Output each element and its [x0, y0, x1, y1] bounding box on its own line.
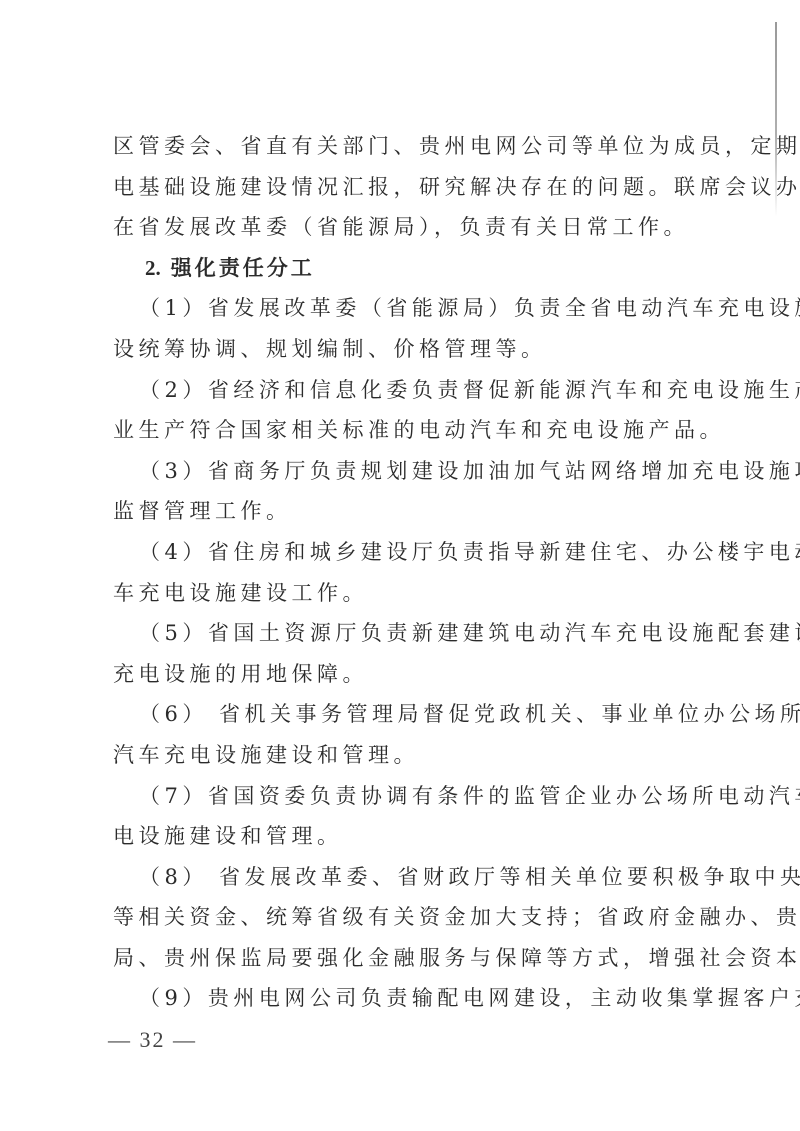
list-item-line: 局、贵州保监局要强化金融服务与保障等方式，增强社会资本信心。	[113, 938, 673, 979]
list-item-line: 等相关资金、统筹省级有关资金加大支持；省政府金融办、贵州银监	[113, 897, 673, 938]
item-label: （4）	[139, 540, 208, 564]
list-item-first-line: （1）省发展改革委（省能源局）负责全省电动汽车充电设施建	[113, 288, 673, 329]
list-item-first-line: （5）省国土资源厅负责新建建筑电动汽车充电设施配套建设和	[113, 613, 673, 654]
list-item-first-line: （9）贵州电网公司负责输配电网建设，主动收集掌握客户充电	[113, 978, 673, 1019]
item-label: （6）	[139, 702, 208, 726]
item-text: 省国资委负责协调有条件的监管企业办公场所电动汽车充	[208, 784, 800, 808]
list-item-line: 设统筹协调、规划编制、价格管理等。	[113, 329, 673, 370]
text-line: 在省发展改革委（省能源局），负责有关日常工作。	[113, 207, 673, 248]
item-text: 省商务厅负责规划建设加油加气站网络增加充电设施项目	[208, 459, 800, 483]
item-label: （9）	[139, 986, 208, 1010]
item-text: 省发展改革委（省能源局）负责全省电动汽车充电设施建	[208, 296, 800, 320]
list-item-first-line: （8） 省发展改革委、省财政厅等相关单位要积极争取中央基建	[113, 857, 673, 898]
item-text: 省经济和信息化委负责督促新能源汽车和充电设施生产企	[208, 378, 800, 402]
item-text: 省住房和城乡建设厅负责指导新建住宅、办公楼宇电动汽	[208, 540, 800, 564]
section-heading: 2.强化责任分工	[113, 248, 673, 289]
list-item-line: 汽车充电设施建设和管理。	[113, 735, 673, 776]
item-text: 省机关事务管理局督促党政机关、事业单位办公场所电动	[208, 702, 800, 726]
section-title: 强化责任分工	[171, 255, 315, 280]
item-label: （3）	[139, 459, 208, 483]
list-item-line: 充电设施的用地保障。	[113, 654, 673, 695]
list-item-line: 业生产符合国家相关标准的电动汽车和充电设施产品。	[113, 410, 673, 451]
page-number: — 32 —	[108, 1027, 197, 1053]
list-item-first-line: （4）省住房和城乡建设厅负责指导新建住宅、办公楼宇电动汽	[113, 532, 673, 573]
list-item-first-line: （6） 省机关事务管理局督促党政机关、事业单位办公场所电动	[113, 694, 673, 735]
list-item-line: 电设施建设和管理。	[113, 816, 673, 857]
item-label: （8）	[139, 865, 208, 889]
document-body: 区管委会、省直有关部门、贵州电网公司等单位为成员，定期听取充 电基础设施建设情况…	[113, 126, 673, 1019]
item-text: 省发展改革委、省财政厅等相关单位要积极争取中央基建	[208, 865, 800, 889]
item-label: （5）	[139, 621, 208, 645]
list-item-first-line: （2）省经济和信息化委负责督促新能源汽车和充电设施生产企	[113, 370, 673, 411]
item-label: （1）	[139, 296, 208, 320]
item-text: 省国土资源厅负责新建建筑电动汽车充电设施配套建设和	[208, 621, 800, 645]
section-number: 2.	[145, 256, 161, 280]
list-item-line: 车充电设施建设工作。	[113, 573, 673, 614]
list-item-line: 监督管理工作。	[113, 491, 673, 532]
item-text: 贵州电网公司负责输配电网建设，主动收集掌握客户充电	[208, 986, 800, 1010]
item-label: （2）	[139, 378, 208, 402]
item-label: （7）	[139, 784, 208, 808]
text-line: 电基础设施建设情况汇报，研究解决存在的问题。联席会议办公室设	[113, 167, 673, 208]
list-item-first-line: （3）省商务厅负责规划建设加油加气站网络增加充电设施项目	[113, 451, 673, 492]
list-item-first-line: （7）省国资委负责协调有条件的监管企业办公场所电动汽车充	[113, 776, 673, 817]
text-line: 区管委会、省直有关部门、贵州电网公司等单位为成员，定期听取充	[113, 126, 673, 167]
